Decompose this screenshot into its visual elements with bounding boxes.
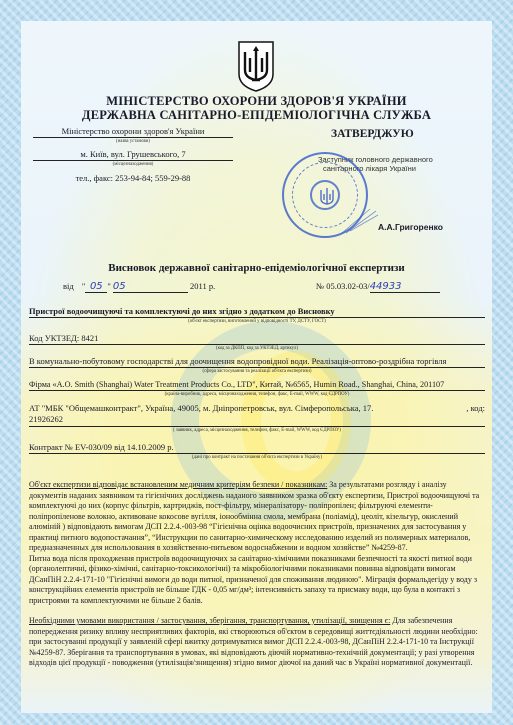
service-title: ДЕРЖАВНА САНІТАРНО-ЕПІДЕМІОЛОГІЧНА СЛУЖБ… [0,108,513,123]
date-month: 05 [113,281,188,293]
expertise-object: Пристрої водоочищуючі та комплектуючі до… [29,306,485,318]
manufacturer-caption: (країна-виробник, адреса, місцезнаходжен… [29,392,485,397]
date-prefix: від [63,281,74,291]
code-field: Код УКТЗЕД: 8421 (код за ДКПП, код за УК… [29,333,485,351]
issuer-phone: тел., факс: 253-94-84; 559-29-88 [33,173,233,183]
signature-icon [340,205,380,235]
contract-value: Контракт № EV-030/09 від 14.10.2009 р. [29,442,485,454]
issuer-address-block: м. Київ, вул. Грушевського, 7 (місцезнах… [33,149,233,167]
contract-field: Контракт № EV-030/09 від 14.10.2009 р. (… [29,442,485,460]
approval-heading: ЗАТВЕРДЖУЮ [331,128,414,140]
contract-caption: (дані про контракт на постачання об'єкта… [29,455,485,460]
expertise-object-caption: (об'єкт експертизи, виготовлений у відпо… [29,319,485,324]
date-year: 2011 р. [190,281,215,291]
scope-value: В комунально-побутовому господарстві для… [29,356,485,368]
expertise-object-field: Пристрої водоочищуючі та комплектуючі до… [29,306,485,324]
applicant-code: 21926262 [29,414,485,425]
applicant-value: АТ "МБК "Общемашконтракт", Україна, 4900… [29,403,485,427]
code-value: Код УКТЗЕД: 8421 [29,333,485,345]
issuer-address-caption: (місцезнаходження) [33,162,233,167]
conditions-heading: Необхідними умовами використання / засто… [29,616,390,625]
criteria-text: За результатами розгляду і аналізу докум… [29,480,479,552]
issuer-institution-block: Міністерство охорони здоров'я України (н… [33,126,233,144]
seal-trident-icon [318,186,336,208]
issuer-institution: Міністерство охорони здоров'я України [33,126,233,138]
ministry-title: МІНІСТЕРСТВО ОХОРОНИ ЗДОРОВ'Я УКРАЇНИ [0,94,513,109]
applicant-field: АТ "МБК "Общемашконтракт", Україна, 4900… [29,403,485,433]
conclusion-number: № 05.03.02-03/44933 [316,281,440,293]
code-caption: (код за ДКПП, код за УКТЗЕД, артикул) [29,346,485,351]
manufacturer-field: Фірма «A.O. Smith (Shanghai) Water Treat… [29,380,485,397]
issuer-institution-caption: (назва установи) [33,139,233,144]
number-handwritten: 44933 [370,281,440,293]
criteria-paragraph: Об'єкт експертизи відповідає встановлени… [29,480,485,606]
applicant-caption: ( заявник, адреса, місцезнаходження, тел… [29,428,485,433]
signatory-name: А.А.Григоренко [378,222,443,232]
water-text: Питна вода після проходження пристроїв в… [29,554,485,607]
conclusion-date: від "05" 05 2011 р. [63,281,215,293]
applicant-code-label: , код: [466,403,485,414]
trident-coat-of-arms-icon [236,40,276,92]
applicant-line: АТ "МБК "Общемашконтракт", Україна, 4900… [29,403,485,414]
conditions-paragraph: Необхідними умовами використання / засто… [29,616,485,669]
criteria-heading: Об'єкт експертизи відповідає встановлени… [29,480,327,489]
scope-field: В комунально-побутовому господарстві для… [29,356,485,374]
manufacturer-value: Фірма «A.O. Smith (Shanghai) Water Treat… [29,380,485,391]
number-prefix: № 05.03.02-03/ [316,281,370,291]
conclusion-title: Висновок державної санітарно-епідеміолог… [0,262,513,274]
date-day: 05 [85,281,107,293]
scope-caption: (сфера застосування та реалізації об'єкт… [29,369,485,374]
issuer-address: м. Київ, вул. Грушевського, 7 [33,149,233,161]
applicant-name: АТ "МБК "Общемашконтракт", Україна, 4900… [29,403,373,414]
